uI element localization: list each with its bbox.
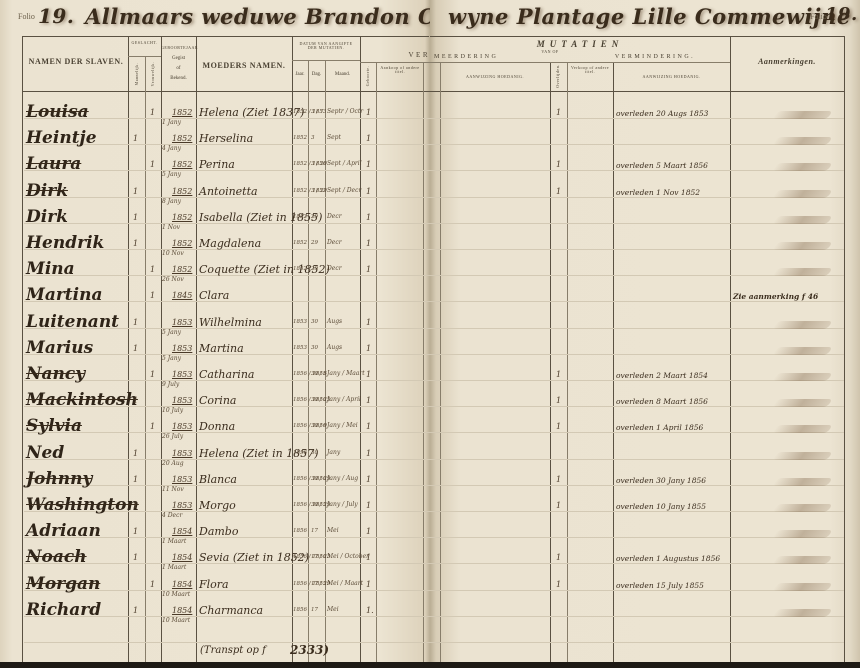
death-note: overleden 2 Maart 1854 bbox=[616, 371, 708, 380]
birth-date: 10 Maart bbox=[162, 591, 190, 598]
death-count: 1 bbox=[556, 160, 561, 169]
slave-name: Adriaan bbox=[26, 521, 101, 541]
row-rule bbox=[430, 642, 844, 643]
birth-date: 11 Nov bbox=[162, 486, 184, 493]
death-count: 1 bbox=[556, 501, 561, 510]
birth-date: 1 Maart bbox=[162, 538, 186, 545]
mutation-year: 1852 bbox=[293, 266, 307, 272]
mother-name: Herselina bbox=[199, 132, 253, 145]
birth-count: 1 bbox=[366, 422, 371, 431]
col-rule bbox=[423, 62, 424, 668]
mutation-month: Decr bbox=[327, 213, 342, 220]
birth-year: 1854 bbox=[172, 580, 192, 589]
col-rule bbox=[360, 36, 361, 668]
header-birthyear-estimated: Gegist bbox=[161, 56, 196, 61]
header-mutaties: MUTATIEN bbox=[490, 40, 670, 49]
mutation-year: 1853 bbox=[293, 345, 307, 351]
female-mark: 1 bbox=[150, 160, 155, 169]
slave-name: Washington bbox=[26, 495, 139, 515]
slave-name: Laura bbox=[26, 154, 81, 174]
ink-offset-smudge bbox=[772, 242, 833, 250]
male-mark: 1 bbox=[133, 239, 138, 248]
ink-offset-smudge bbox=[772, 137, 833, 145]
transport-value: 2333) bbox=[290, 643, 329, 657]
col-rule bbox=[730, 36, 731, 668]
mutation-year: 1852 bbox=[293, 214, 307, 220]
birth-date: 5 Jany bbox=[162, 329, 181, 336]
death-note: overleden 30 Jany 1856 bbox=[616, 476, 706, 485]
mutation-month: Mei / October bbox=[327, 553, 369, 560]
header-mothers: MOEDERS NAMEN. bbox=[196, 62, 292, 70]
ink-offset-smudge bbox=[772, 268, 833, 276]
mutation-month: Sept bbox=[327, 134, 341, 141]
death-note: overleden 1 Augustus 1856 bbox=[616, 554, 720, 563]
mutation-month: Decr bbox=[327, 239, 342, 246]
birth-count: 1 bbox=[366, 370, 371, 379]
birth-count: 1 bbox=[366, 501, 371, 510]
birth-year: 1853 bbox=[172, 422, 192, 431]
birth-count: 1 bbox=[366, 449, 371, 458]
female-mark: 1 bbox=[150, 580, 155, 589]
page-title-right: wyne Plantage Lille Commewijne bbox=[448, 4, 851, 29]
birth-year: 1852 bbox=[172, 108, 192, 117]
death-count: 1 bbox=[556, 553, 561, 562]
mutation-month: Jany / April bbox=[327, 396, 361, 403]
birth-year: 1852 bbox=[172, 187, 192, 196]
ink-offset-smudge bbox=[772, 111, 833, 119]
ink-offset-smudge bbox=[772, 163, 833, 171]
header-aanwijzing-right: AANWIJZING HOEDANIG. bbox=[613, 75, 730, 79]
birth-date: 1 Nov bbox=[162, 224, 180, 231]
mutation-day: 30 / 6 bbox=[311, 371, 327, 377]
birth-count: 1 bbox=[366, 344, 371, 353]
left-page: Folio 19. Allmaars weduwe Brandon Cohen … bbox=[0, 0, 430, 668]
mutation-month: Mei bbox=[327, 527, 339, 534]
birth-date: 10 Maart bbox=[162, 617, 190, 624]
birth-year: 1853 bbox=[172, 475, 192, 484]
male-mark: 1 bbox=[133, 396, 138, 405]
slave-name: Louisa bbox=[26, 102, 89, 122]
birth-year: 1854 bbox=[172, 527, 192, 536]
mutation-month: Jany / Aug bbox=[327, 475, 358, 482]
death-count: 1 bbox=[556, 396, 561, 405]
slave-name: Morgan bbox=[26, 574, 100, 594]
slave-name: Martina bbox=[26, 285, 102, 305]
header-birthyear-of: of bbox=[161, 66, 196, 71]
mutation-year: 1853 bbox=[293, 319, 307, 325]
birth-date: 1 Maart bbox=[162, 564, 186, 571]
header-gender: GESLACHT. bbox=[128, 41, 161, 45]
folio-left-label: Folio bbox=[18, 12, 35, 21]
mother-name: Martina bbox=[199, 342, 244, 355]
mother-name: Dambo bbox=[199, 525, 238, 538]
header-aanwijzing-left: AANWIJZING HOEDANIG. bbox=[440, 75, 550, 79]
birth-count: 1 bbox=[366, 134, 371, 143]
ink-offset-smudge bbox=[772, 609, 833, 617]
birth-date: 1 Jany bbox=[162, 119, 181, 126]
slave-name: Luitenant bbox=[26, 312, 119, 332]
slave-name: Mina bbox=[26, 259, 75, 279]
mutation-month: Augs bbox=[327, 318, 342, 325]
mutation-month: Jany bbox=[327, 449, 340, 456]
mother-name: Perina bbox=[199, 158, 235, 171]
mutation-day: 30 / 9 bbox=[311, 423, 327, 429]
death-count: 1 bbox=[556, 475, 561, 484]
death-count: 1 bbox=[556, 108, 561, 117]
row-rule bbox=[24, 642, 430, 643]
birth-date: 10 July bbox=[162, 407, 183, 414]
birth-count: 1 bbox=[366, 265, 371, 274]
birth-count: 1 bbox=[366, 475, 371, 484]
mutation-month: Jany / July bbox=[327, 501, 358, 508]
sub-rule bbox=[360, 62, 430, 63]
death-note: overleden 1 April 1856 bbox=[616, 423, 703, 432]
col-rule bbox=[376, 62, 377, 668]
birth-year: 1853 bbox=[172, 344, 192, 353]
header-male: Mannelijk. bbox=[135, 57, 139, 91]
death-count: 1 bbox=[556, 187, 561, 196]
row-rule bbox=[430, 301, 844, 302]
mutation-year: 1852 bbox=[293, 240, 307, 246]
slave-name: Marius bbox=[26, 338, 93, 358]
mother-name: Helena (Ziet 1837) bbox=[199, 106, 304, 119]
birth-year: 1853 bbox=[172, 370, 192, 379]
mother-name: Clara bbox=[199, 289, 229, 302]
mutation-month: Sept / April bbox=[327, 160, 362, 167]
header-remarks: Aanmerkingen. bbox=[730, 58, 844, 66]
mutation-year: 1856 bbox=[293, 607, 307, 613]
ink-offset-smudge bbox=[772, 190, 833, 198]
ink-offset-smudge bbox=[772, 373, 833, 381]
death-note: overleden 10 Jany 1855 bbox=[616, 502, 706, 511]
birth-count: 1 bbox=[366, 580, 371, 589]
birth-year: 1852 bbox=[172, 265, 192, 274]
male-mark: 1 bbox=[133, 187, 138, 196]
male-mark: 1 bbox=[133, 606, 138, 615]
birth-count: 1 bbox=[366, 527, 371, 536]
mutation-month: Jany / Maart bbox=[327, 370, 365, 377]
ink-offset-smudge bbox=[772, 216, 833, 224]
col-rule bbox=[145, 56, 146, 668]
mutation-month: Mei / Maart bbox=[327, 580, 363, 587]
male-mark: 1 bbox=[133, 449, 138, 458]
ink-offset-smudge bbox=[772, 321, 833, 329]
mutation-month: Mei bbox=[327, 606, 339, 613]
col-rule bbox=[550, 62, 551, 668]
col-rule bbox=[567, 62, 568, 668]
header-month: Maand. bbox=[325, 72, 360, 77]
birth-year: 1854 bbox=[172, 553, 192, 562]
male-mark: 1 bbox=[133, 527, 138, 536]
slave-name: Richard bbox=[26, 600, 101, 620]
mother-name: Blanca bbox=[199, 473, 237, 486]
female-mark: 1 bbox=[150, 265, 155, 274]
ink-offset-smudge bbox=[772, 478, 833, 486]
male-mark: 1 bbox=[133, 213, 138, 222]
birth-year: 1854 bbox=[172, 606, 192, 615]
mutation-day: 30 bbox=[311, 345, 318, 351]
birth-count: 1 bbox=[366, 396, 371, 405]
death-count: 1 bbox=[556, 580, 561, 589]
mutation-day: 29 bbox=[311, 266, 318, 272]
birth-date: 26 Nov bbox=[162, 276, 184, 283]
male-mark: 1 bbox=[133, 501, 138, 510]
sub-rule bbox=[430, 62, 730, 63]
header-meerdering: MEERDERING bbox=[434, 54, 524, 60]
slave-name: Noach bbox=[26, 547, 87, 567]
birth-count: 1 bbox=[366, 553, 371, 562]
ink-offset-smudge bbox=[772, 452, 833, 460]
ink-offset-smudge bbox=[772, 425, 833, 433]
birth-year: 1853 bbox=[172, 318, 192, 327]
slave-name: Nancy bbox=[26, 364, 85, 384]
birth-count: 1 bbox=[366, 213, 371, 222]
birth-date: 4 Decr bbox=[162, 512, 182, 519]
slave-name: Dirk bbox=[26, 207, 68, 227]
death-note: overleden 1 Nov 1852 bbox=[616, 188, 700, 197]
header-birthyear-known: Bekend. bbox=[161, 76, 196, 81]
ink-offset-smudge bbox=[772, 556, 833, 564]
birth-date: 8 Jany bbox=[162, 198, 181, 205]
birth-year: 1852 bbox=[172, 239, 192, 248]
mutation-year: 1856 bbox=[293, 528, 307, 534]
birth-year: 1852 bbox=[172, 134, 192, 143]
col-rule bbox=[613, 62, 614, 668]
male-mark: 1 bbox=[133, 134, 138, 143]
col-rule bbox=[196, 36, 197, 668]
header-female: Vrouwelijk. bbox=[151, 57, 155, 91]
remark-note: Zie aanmerking f 46 bbox=[733, 292, 818, 301]
birth-date: 20 Aug bbox=[162, 460, 184, 467]
birth-date: 26 July bbox=[162, 433, 183, 440]
birth-date: 5 Jany bbox=[162, 355, 181, 362]
birth-date: 4 Jany bbox=[162, 145, 181, 152]
header-vermindering: VERMINDERING. bbox=[600, 54, 710, 60]
mother-name: Corina bbox=[199, 394, 236, 407]
birth-count: 1 bbox=[366, 318, 371, 327]
mother-name: Wilhelmina bbox=[199, 316, 262, 329]
death-note: overleden 8 Maart 1856 bbox=[616, 397, 708, 406]
death-count: 1 bbox=[556, 422, 561, 431]
birth-count: 1 bbox=[366, 160, 371, 169]
slave-name: Sylvia bbox=[26, 416, 82, 436]
mutation-day: 3 bbox=[311, 135, 315, 141]
mutation-day: 3 / 29 bbox=[311, 188, 327, 194]
mother-name: Catharina bbox=[199, 368, 254, 381]
col-rule bbox=[292, 36, 293, 668]
header-birth: Geboorte. bbox=[366, 60, 370, 92]
mutation-month: Augs bbox=[327, 344, 342, 351]
mutation-day: 30 bbox=[311, 319, 318, 325]
mutation-day: 17 bbox=[311, 607, 318, 613]
female-mark: 1 bbox=[150, 291, 155, 300]
death-note: overleden 20 Augs 1853 bbox=[616, 109, 708, 118]
header-year: Jaar. bbox=[292, 72, 308, 77]
birth-year: 1853 bbox=[172, 449, 192, 458]
mutation-day: 17 bbox=[311, 528, 318, 534]
header-death: Overlijden. bbox=[556, 60, 560, 92]
ink-offset-smudge bbox=[772, 530, 833, 538]
birth-count: 1 bbox=[366, 187, 371, 196]
header-ver: VER bbox=[360, 52, 430, 59]
mutation-month: Jany / Mei bbox=[327, 422, 358, 429]
mother-name: Magdalena bbox=[199, 237, 261, 250]
mother-name: Flora bbox=[199, 578, 229, 591]
ink-offset-smudge bbox=[772, 399, 833, 407]
birth-year: 1845 bbox=[172, 291, 192, 300]
mother-name: Morgo bbox=[199, 499, 236, 512]
col-rule bbox=[161, 36, 162, 668]
folio-right-number: 19. bbox=[825, 4, 858, 25]
death-count: 1 bbox=[556, 370, 561, 379]
slave-name: Dirk bbox=[26, 181, 68, 201]
header-van-of: VAN OF bbox=[540, 50, 560, 54]
birth-count: 1 bbox=[366, 239, 371, 248]
birth-count: 1 bbox=[366, 108, 371, 117]
mother-name: Charmanca bbox=[199, 604, 263, 617]
male-mark: 1 bbox=[133, 553, 138, 562]
header-date-group: DATUM VAN AANGIFTE DER MUTATIEN. bbox=[294, 42, 358, 50]
birth-date: 10 Nov bbox=[162, 250, 184, 257]
male-mark: 1 bbox=[133, 344, 138, 353]
ink-offset-smudge bbox=[772, 583, 833, 591]
female-mark: 1 bbox=[150, 422, 155, 431]
birth-year: 1853 bbox=[172, 396, 192, 405]
birth-year: 1852 bbox=[172, 213, 192, 222]
slave-name: Johnny bbox=[26, 469, 92, 489]
slave-name: Hendrik bbox=[26, 233, 104, 253]
birth-date: 9 July bbox=[162, 381, 179, 388]
mother-name: Donna bbox=[199, 420, 235, 433]
female-mark: 1 bbox=[150, 108, 155, 117]
birth-date: 5 Jany bbox=[162, 171, 181, 178]
slave-name: Ned bbox=[26, 443, 64, 463]
register-spread: Folio 19. Allmaars weduwe Brandon Cohen … bbox=[0, 0, 860, 668]
mutation-year: 1856 bbox=[293, 450, 307, 456]
mutation-day: 30 bbox=[311, 450, 318, 456]
mutation-day: 3 / 7 bbox=[311, 109, 323, 115]
mutation-month: Septr / Octr bbox=[327, 108, 363, 115]
mutation-day: 29 bbox=[311, 240, 318, 246]
header-sale: Verkoop of andere titel. bbox=[569, 66, 611, 74]
male-mark: 1 bbox=[133, 318, 138, 327]
header-day: Dag. bbox=[308, 72, 325, 77]
header-bottom-rule bbox=[430, 91, 845, 92]
col-rule bbox=[308, 60, 309, 668]
mutation-year: 1852 bbox=[293, 135, 307, 141]
header-names: NAMEN DER SLAVEN. bbox=[24, 58, 128, 66]
mutation-day: 29 bbox=[311, 214, 318, 220]
female-mark: 1 bbox=[150, 370, 155, 379]
ink-offset-smudge bbox=[772, 347, 833, 355]
right-page: wyne Plantage Lille Commewijne Folio 19.… bbox=[430, 0, 860, 668]
book-edge-bottom bbox=[0, 662, 860, 668]
sub-rule bbox=[292, 60, 360, 61]
death-note: overleden 5 Maart 1856 bbox=[616, 161, 708, 170]
birth-count: 1. bbox=[366, 606, 374, 615]
mutation-month: Decr bbox=[327, 265, 342, 272]
mutation-day: 3 / 20 bbox=[311, 161, 327, 167]
col-rule bbox=[128, 36, 129, 668]
header-birthyear-top: GEBOORTEJAAR bbox=[161, 46, 196, 50]
death-note: overleden 15 July 1855 bbox=[616, 581, 704, 590]
col-rule bbox=[325, 60, 326, 668]
transport-label: (Transpt op f bbox=[200, 645, 266, 656]
col-rule bbox=[440, 62, 441, 668]
header-purchase: Aankoop of andere titel. bbox=[378, 66, 422, 74]
mother-name: Antoinetta bbox=[199, 185, 258, 198]
birth-year: 1852 bbox=[172, 160, 192, 169]
birth-year: 1853 bbox=[172, 501, 192, 510]
slave-name: Heintje bbox=[26, 128, 97, 148]
ink-offset-smudge bbox=[772, 504, 833, 512]
slave-name: Mackintosh bbox=[26, 390, 138, 410]
folio-left-number: 19. bbox=[38, 4, 74, 28]
sub-rule bbox=[128, 56, 161, 57]
mutation-month: Sept / Decr bbox=[327, 187, 361, 194]
male-mark: 1 bbox=[133, 475, 138, 484]
